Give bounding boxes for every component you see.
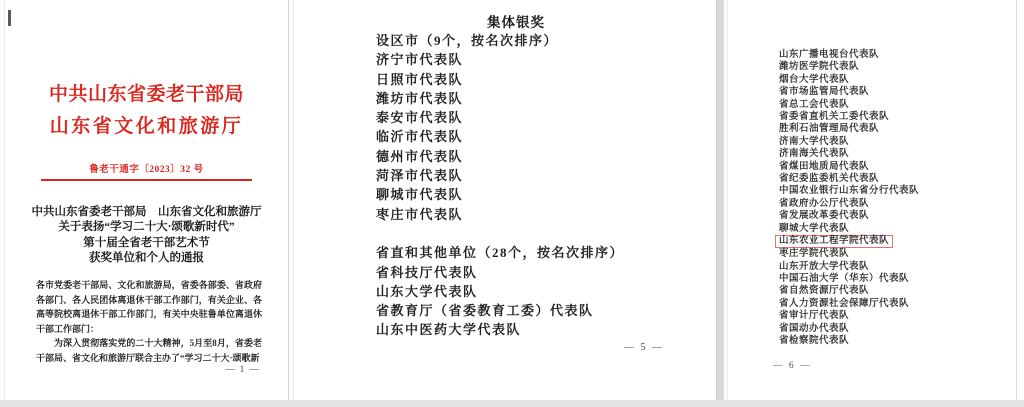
section-heading-provincial-units: 省直和其他单位（28个，按名次排序） xyxy=(376,243,706,262)
list-item: 胜利石油管理局代表队 xyxy=(779,123,1010,135)
list-item: 省检察院代表队 xyxy=(779,335,1010,347)
list-item: 省总工会代表队 xyxy=(779,99,1010,111)
list-item: 潍坊医学院代表队 xyxy=(779,61,1010,73)
list-item: 济南海关代表队 xyxy=(779,148,1010,160)
award-list-column: 设区市（9个，按名次排序） 济宁市代表队 日照市代表队 潍坊市代表队 泰安市代表… xyxy=(376,31,706,340)
list-item: 德州市代表队 xyxy=(376,147,706,166)
list-item: 中国石油大学（华东）代表队 xyxy=(779,273,1010,285)
list-item: 枣庄学院代表队 xyxy=(779,248,1010,260)
list-item: 山东广播电视台代表队 xyxy=(779,49,1010,61)
list-item: 中国农业银行山东省分行代表队 xyxy=(779,185,1010,197)
recipients-paragraph: 各市党委老干部局、文化和旅游局，省委各部委、省政府各部门、各人民团体离退休干部工… xyxy=(36,278,262,336)
scan-bottom-edge xyxy=(0,400,1024,407)
list-item: 省人力资源社会保障厅代表队 xyxy=(779,298,1010,310)
list-item: 菏泽市代表队 xyxy=(376,166,706,185)
list-item: 烟台大学代表队 xyxy=(779,74,1010,86)
document-page-5: 集体银奖 设区市（9个，按名次排序） 济宁市代表队 日照市代表队 潍坊市代表队 … xyxy=(293,0,717,401)
red-divider-rule xyxy=(41,179,252,181)
award-category-title: 集体银奖 xyxy=(305,11,727,31)
list-item: 山东开放大学代表队 xyxy=(779,261,1010,273)
section-gap xyxy=(376,224,706,243)
section-heading-districts: 设区市（9个，按名次排序） xyxy=(376,31,706,50)
list-item: 山东中医药大学代表队 xyxy=(376,320,706,339)
list-item: 聊城市代表队 xyxy=(376,185,706,204)
list-item: 省煤田地质局代表队 xyxy=(779,161,1010,173)
page-separator xyxy=(717,0,724,401)
list-item: 济南大学代表队 xyxy=(779,136,1010,148)
list-item: 日照市代表队 xyxy=(376,70,706,89)
document-title-line-2: 关于表扬“学习二十大·颂歌新时代” xyxy=(13,220,280,235)
scanned-document-view: 中共山东省委老干部局 山东省文化和旅游厅 鲁老干通字〔2023〕32 号 中共山… xyxy=(0,0,1024,407)
list-item: 省发展改革委代表队 xyxy=(779,210,1010,222)
list-item-highlighted: 山东农业工程学院代表队 xyxy=(779,235,1010,248)
document-title: 中共山东省委老干部局 山东省文化和旅游厅 关于表扬“学习二十大·颂歌新时代” 第… xyxy=(13,205,280,267)
team-list-column: 山东广播电视台代表队 潍坊医学院代表队 烟台大学代表队 省市场监管局代表队 省总… xyxy=(779,49,1010,347)
list-item: 泰安市代表队 xyxy=(376,108,706,127)
list-item: 省政府办公厅代表队 xyxy=(779,198,1010,210)
list-item: 山东大学代表队 xyxy=(376,282,706,301)
scan-artifact-mark xyxy=(8,10,11,26)
document-body: 各市党委老干部局、文化和旅游局，省委各部委、省政府各部门、各人民团体离退休干部工… xyxy=(36,278,262,365)
document-page-6: 山东广播电视台代表队 潍坊医学院代表队 烟台大学代表队 省市场监管局代表队 省总… xyxy=(727,0,1017,401)
list-item: 省教育厅（省委教育工委）代表队 xyxy=(376,301,706,320)
intro-paragraph: 为深入贯彻落实党的二十大精神，5月至8月，省委老干部局、省文化和旅游厅联合主办了… xyxy=(36,336,262,365)
list-item: 临沂市代表队 xyxy=(376,127,706,146)
letterhead-line-2: 山东省文化和旅游厅 xyxy=(5,115,288,139)
page-number-1: — 1 — xyxy=(226,364,261,374)
list-item: 省科技厅代表队 xyxy=(376,263,706,282)
list-item: 省市场监管局代表队 xyxy=(779,86,1010,98)
document-number: 鲁老干通字〔2023〕32 号 xyxy=(5,161,288,175)
document-page-1: 中共山东省委老干部局 山东省文化和旅游厅 鲁老干通字〔2023〕32 号 中共山… xyxy=(4,0,289,401)
document-title-line-1: 中共山东省委老干部局 山东省文化和旅游厅 xyxy=(13,205,280,220)
list-item: 省国动办代表队 xyxy=(779,323,1010,335)
list-item: 潍坊市代表队 xyxy=(376,89,706,108)
letterhead-line-1: 中共山东省委老干部局 xyxy=(5,83,288,107)
list-item: 省审计厅代表队 xyxy=(779,310,1010,322)
page-number-6: — 6 — xyxy=(773,361,812,371)
list-item: 省自然资源厅代表队 xyxy=(779,285,1010,297)
page-number-5: — 5 — xyxy=(624,342,664,353)
list-item: 聊城大学代表队 xyxy=(779,223,1010,235)
list-item: 省委省直机关工委代表队 xyxy=(779,111,1010,123)
list-item: 济宁市代表队 xyxy=(376,50,706,69)
highlighted-team-red-box: 山东农业工程学院代表队 xyxy=(775,235,893,248)
document-title-line-4: 获奖单位和个人的通报 xyxy=(13,251,280,266)
document-title-line-3: 第十届全省老干部艺术节 xyxy=(13,236,280,251)
list-item: 省纪委监委机关代表队 xyxy=(779,173,1010,185)
list-item: 枣庄市代表队 xyxy=(376,205,706,224)
